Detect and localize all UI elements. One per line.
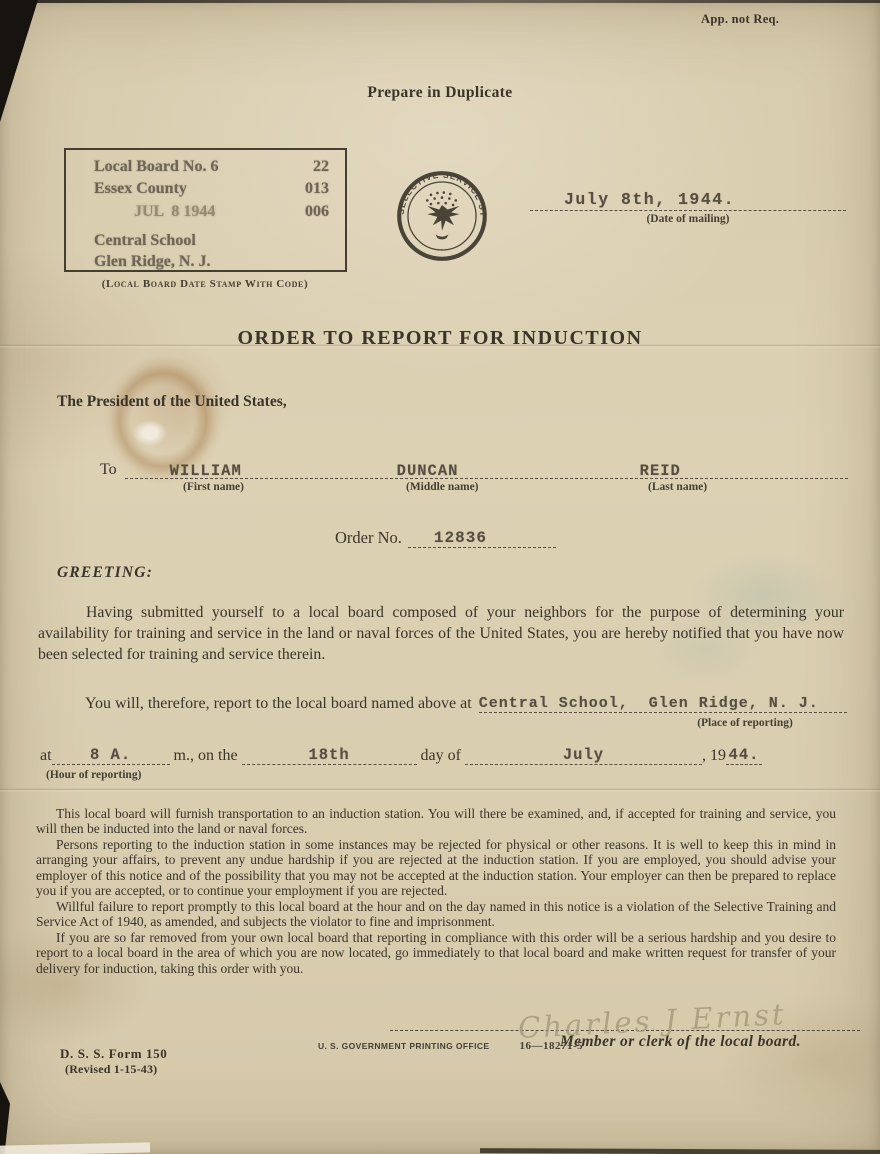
middle-name-label: (Middle name) <box>406 481 479 493</box>
place-of-reporting-line: Central School, Glen Ridge, N. J. <box>479 694 847 713</box>
report-instruction-text: You will, therefore, report to the local… <box>85 695 472 713</box>
fine-print-paragraph-3: Willful failure to report promptly to th… <box>36 899 836 930</box>
president-line: The President of the United States, <box>57 393 287 411</box>
stamp-row-date: JUL 8 1944 006 <box>94 201 329 223</box>
stamp-address: Central School Glen Ridge, N. J. <box>94 231 329 273</box>
order-number-value: 12836 <box>434 529 487 547</box>
greeting-heading: GREETING: <box>57 564 153 582</box>
eagle-icon <box>427 205 459 240</box>
fine-print-block: This local board will furnish transporta… <box>36 806 836 976</box>
stamp-county-name: Essex County <box>94 178 187 200</box>
addressee-block: To WILLIAM DUNCAN REID (First name) (Mid… <box>100 459 848 495</box>
date-of-mailing-block: July 8th, 1944. (Date of mailing) <box>530 190 846 225</box>
stamp-date: JUL 8 1944 <box>134 201 215 223</box>
paper-bottom-sliver <box>0 1142 150 1154</box>
paper-bottom-edge <box>480 1148 880 1154</box>
order-number-label: Order No. <box>335 528 402 548</box>
stamp-code-1: 22 <box>313 156 329 178</box>
to-label: To <box>100 461 117 479</box>
first-name-value: WILLIAM <box>170 462 242 480</box>
stamp-code-2: 013 <box>305 178 329 200</box>
greeting-paragraph: Having submitted yourself to a local boa… <box>38 602 844 665</box>
addressee-name-line: WILLIAM DUNCAN REID <box>125 459 848 479</box>
date-of-mailing-label: (Date of mailing) <box>530 213 846 225</box>
schedule-line: at 8 A. m., on the 18th day of July , 19… <box>40 746 762 765</box>
stamp-address-line1: Central School <box>94 231 329 252</box>
order-number-block: Order No. 12836 <box>335 527 556 548</box>
form-revision: (Revised 1-15-43) <box>65 1062 167 1077</box>
date-of-mailing-value: July 8th, 1944. <box>564 190 735 209</box>
local-board-stamp-box: Local Board No. 6 22 Essex County 013 JU… <box>64 148 347 272</box>
day-of-label: day of <box>417 747 465 765</box>
form-identifier: D. S. S. Form 150 (Revised 1-15-43) <box>60 1046 167 1077</box>
fine-print-paragraph-4: If you are so far removed from your own … <box>36 930 836 976</box>
stamp-code-3: 006 <box>305 201 329 223</box>
document-title: ORDER TO REPORT FOR INDUCTION <box>0 327 880 350</box>
stamp-box-caption: (Local Board Date Stamp With Code) <box>50 278 360 290</box>
month-line: July <box>465 746 702 765</box>
hour-of-reporting-label: (Hour of reporting) <box>46 769 141 781</box>
paper-top-edge <box>0 0 880 3</box>
paper-left-torn-edge <box>0 1082 10 1154</box>
paper-corner-shadow <box>0 0 38 122</box>
year-line: 44. <box>726 746 762 765</box>
fold-crease-lower <box>0 788 880 792</box>
last-name-label: (Last name) <box>648 481 707 493</box>
year-prefix: , 19 <box>702 747 726 765</box>
stamp-address-line2: Glen Ridge, N. J. <box>94 252 329 273</box>
order-number-line: 12836 <box>408 527 556 548</box>
app-not-req-note: App. not Req. <box>701 12 779 27</box>
gpo-number: 16—18271-5 <box>519 1040 583 1052</box>
gpo-imprint: U. S. GOVERNMENT PRINTING OFFICE 16—1827… <box>318 1040 583 1052</box>
middle-name-value: DUNCAN <box>397 462 459 480</box>
prepare-in-duplicate-heading: Prepare in Duplicate <box>0 84 880 102</box>
seal-stars <box>426 191 457 206</box>
last-name-value: REID <box>640 462 681 480</box>
signature-line: Charles J Ernst <box>390 998 860 1031</box>
seal-bottom-dots: · · · <box>437 246 447 253</box>
form-number: D. S. S. Form 150 <box>60 1046 167 1062</box>
year-value: 44. <box>729 746 760 764</box>
m-on-the-label: m., on the <box>170 747 242 765</box>
day-value: 18th <box>308 746 349 764</box>
stamp-row-board: Local Board No. 6 22 <box>94 156 329 178</box>
fine-print-paragraph-1: This local board will furnish transporta… <box>36 806 836 837</box>
report-instruction-block: You will, therefore, report to the local… <box>85 694 847 713</box>
gpo-office-text: U. S. GOVERNMENT PRINTING OFFICE <box>318 1041 489 1051</box>
fine-print-paragraph-2: Persons reporting to the induction stati… <box>36 837 836 899</box>
hour-value: 8 A. <box>90 746 131 764</box>
selective-service-seal-icon: SELECTIVE SERVICE SYSTEM · · · <box>396 170 488 262</box>
place-of-reporting-value: Central School, Glen Ridge, N. J. <box>479 695 819 712</box>
stamp-board-name: Local Board No. 6 <box>94 156 218 178</box>
first-name-label: (First name) <box>183 481 244 493</box>
month-value: July <box>563 746 604 764</box>
day-line: 18th <box>242 746 417 765</box>
at-label: at <box>40 747 52 765</box>
stamp-row-county: Essex County 013 <box>94 178 329 200</box>
hour-line: 8 A. <box>52 746 170 765</box>
induction-order-document: App. not Req. Prepare in Duplicate Local… <box>0 0 880 1154</box>
place-of-reporting-label: (Place of reporting) <box>625 717 865 729</box>
date-of-mailing-line: July 8th, 1944. <box>530 190 846 211</box>
